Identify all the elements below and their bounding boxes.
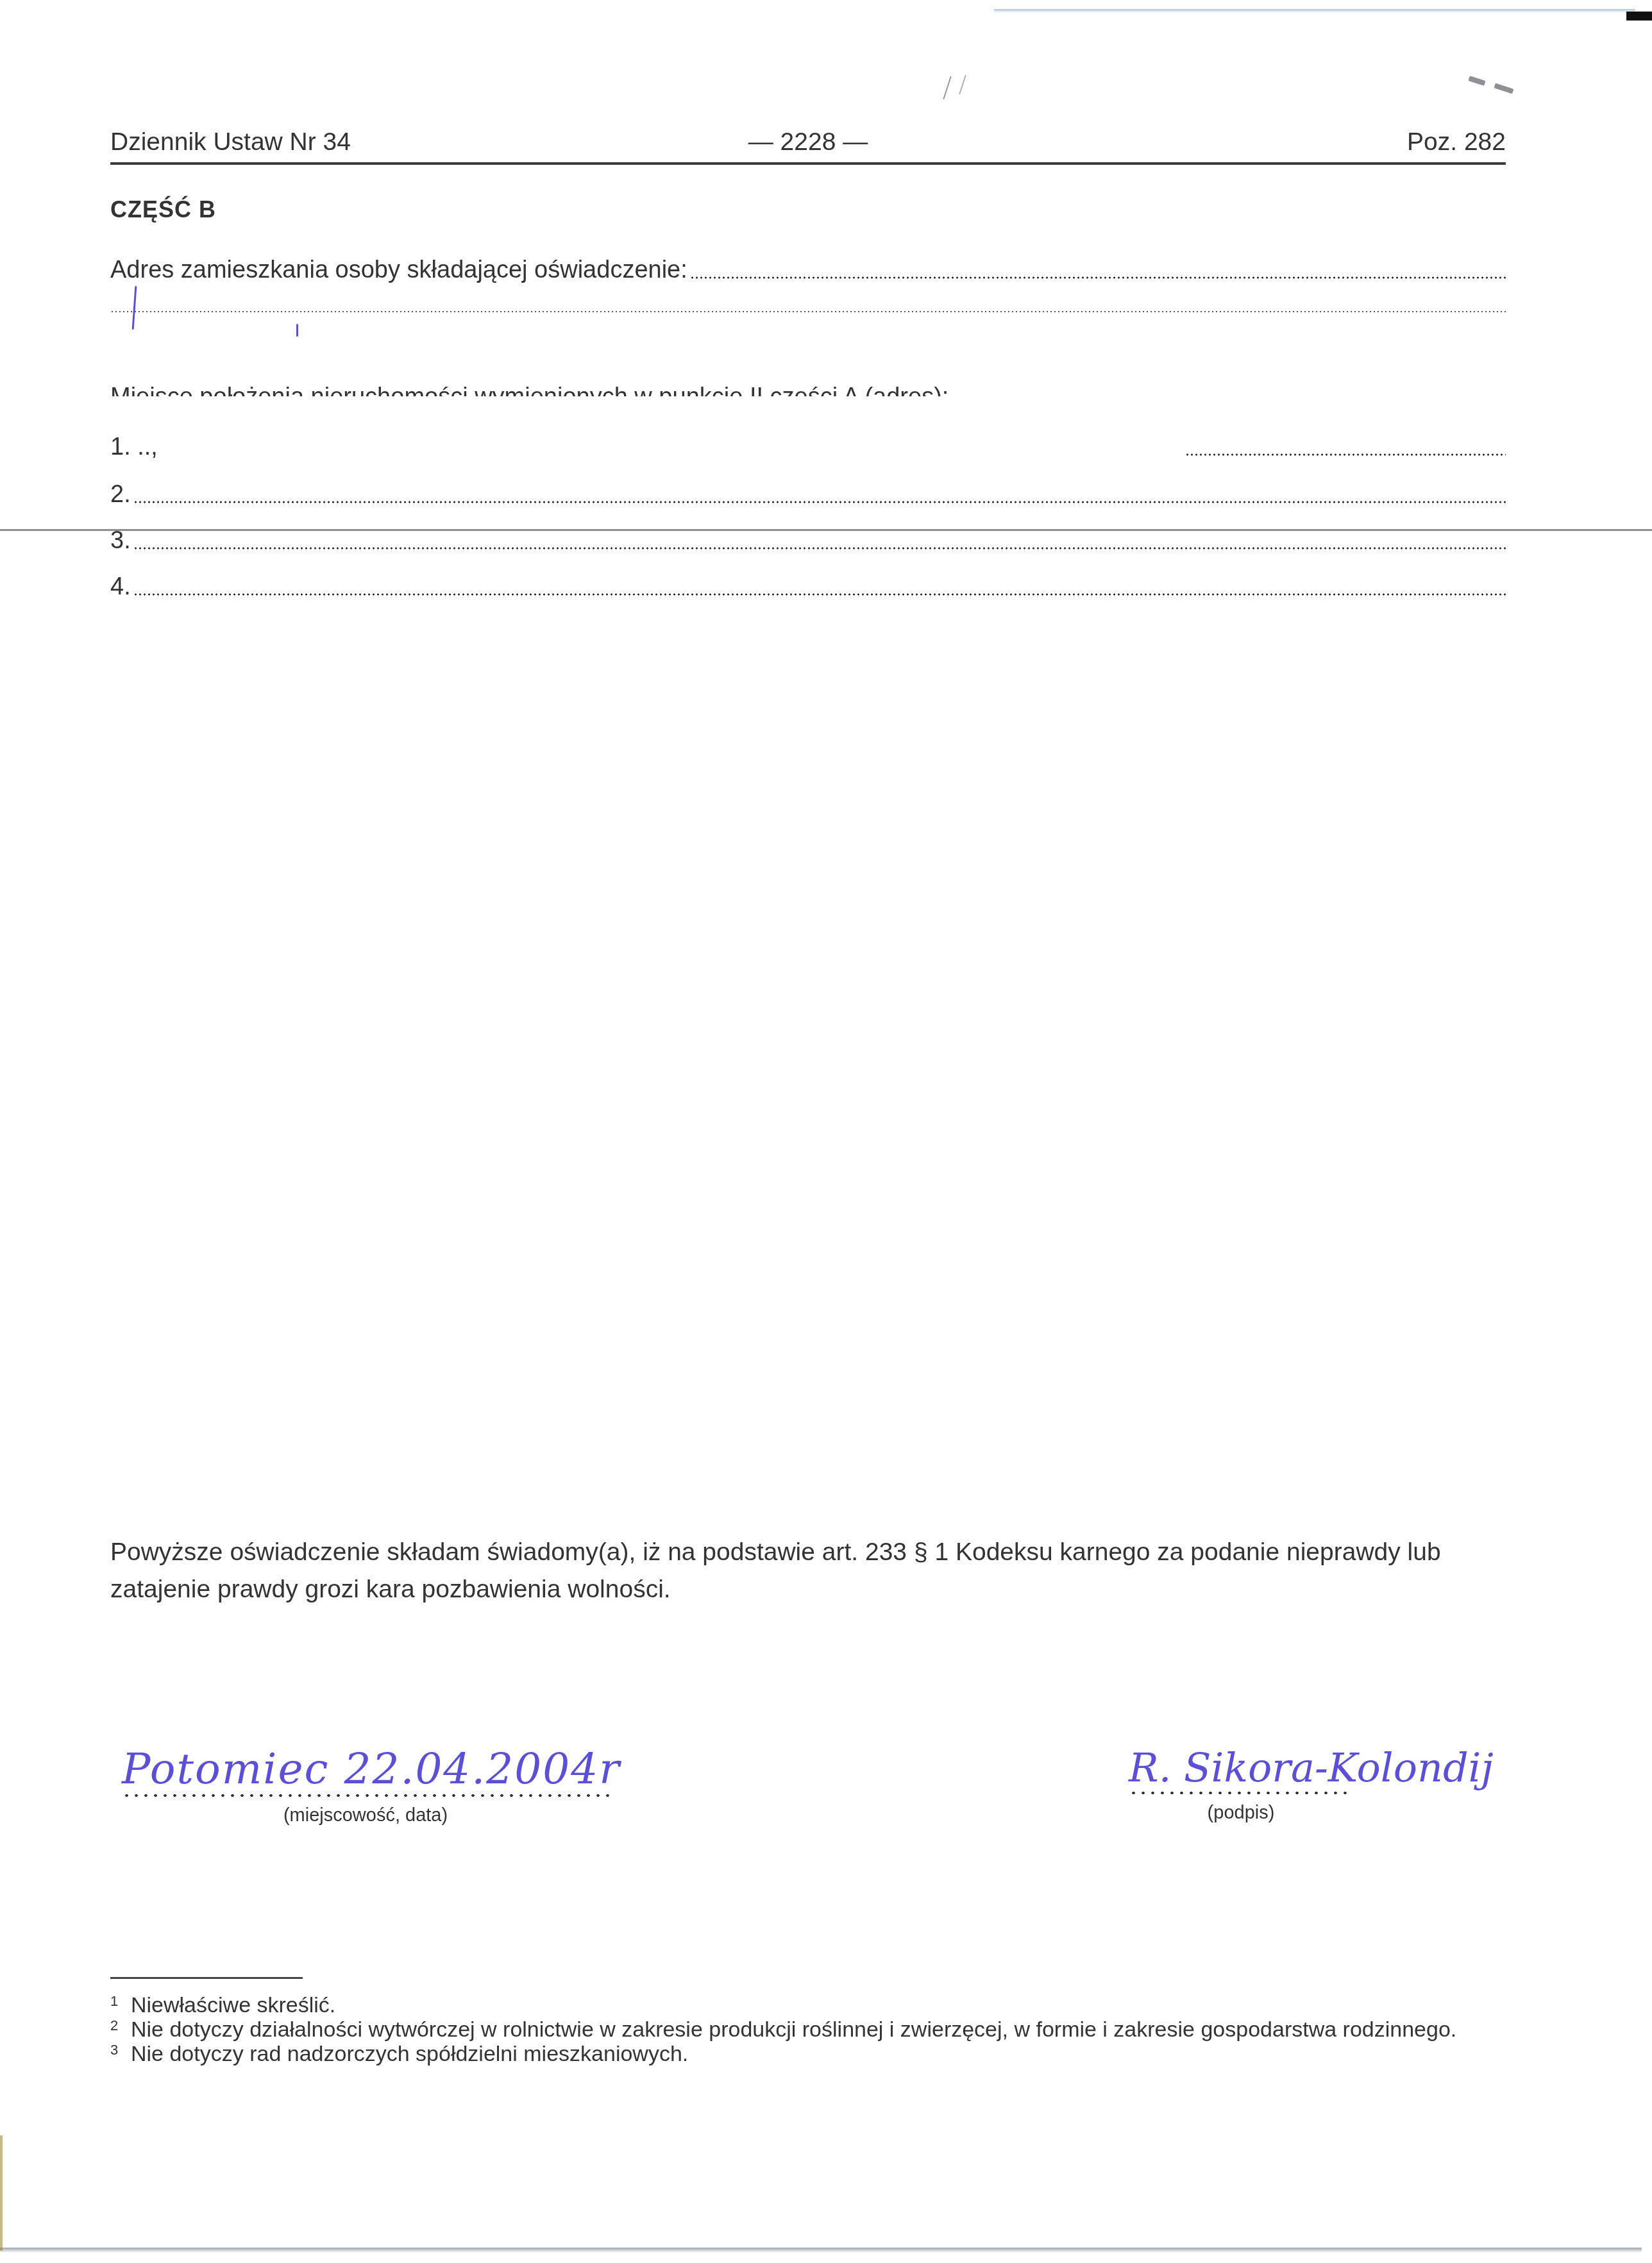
- signature-block: R. Sikora-Kolondij (podpis): [1129, 1744, 1353, 1824]
- footnotes: 1 Niewłaściwe skreślić. 2 Nie dotyczy dz…: [110, 1993, 1506, 2066]
- place-date-block: Potomiec 22.04.2004r (miejscowość, data): [122, 1744, 609, 1826]
- section-title: CZĘŚĆ B: [110, 196, 216, 223]
- dotted-fill-line: [110, 310, 1506, 313]
- footnote-marker: 2: [110, 2014, 118, 2038]
- footnote-3: 3 Nie dotyczy rad nadzorczych spółdzieln…: [110, 2042, 1506, 2066]
- footnote-marker: 3: [110, 2038, 118, 2062]
- place-date-handwriting: Potomiec 22.04.2004r: [122, 1744, 609, 1794]
- dotted-fill-line: [133, 593, 1506, 596]
- staple-mark: [1468, 76, 1485, 86]
- dotted-fill-line: [133, 547, 1506, 550]
- property-location-4[interactable]: 4.: [110, 573, 1506, 601]
- page-number: — 2228 —: [110, 128, 1506, 156]
- property-location-1[interactable]: 1. ..,: [110, 433, 1506, 461]
- redaction-strip: [103, 396, 1513, 418]
- position-number: Poz. 282: [1407, 128, 1506, 156]
- pencil-mark: [959, 74, 966, 94]
- property-location-2[interactable]: 2.: [110, 481, 1506, 509]
- handwriting-fragment: [132, 286, 137, 330]
- footnote-2: 2 Nie dotyczy działalności wytwórczej w …: [110, 2017, 1506, 2042]
- property-location-number: 1. ..,: [110, 433, 158, 461]
- handwriting-fragment: [296, 324, 298, 337]
- running-header: Dziennik Ustaw Nr 34 — 2228 — Poz. 282: [110, 128, 1506, 162]
- signature-caption: (podpis): [1129, 1803, 1353, 1824]
- property-location-number: 2.: [110, 481, 131, 509]
- footnote-1: 1 Niewłaściwe skreślić.: [110, 1993, 1506, 2017]
- dotted-fill-line: [133, 501, 1506, 503]
- dotted-signature-line: [122, 1794, 609, 1797]
- pencil-mark: [943, 76, 952, 100]
- footnote-text: Nie dotyczy działalności wytwórczej w ro…: [131, 2017, 1456, 2042]
- footnote-text: Nie dotyczy rad nadzorczych spółdzielni …: [131, 2042, 688, 2066]
- address-label: Adres zamieszkania osoby składającej ośw…: [110, 257, 687, 284]
- address-field[interactable]: Adres zamieszkania osoby składającej ośw…: [110, 257, 1506, 284]
- signature-handwriting: R. Sikora-Kolondij: [1129, 1744, 1353, 1791]
- staple-mark: [1494, 83, 1513, 94]
- footnote-marker: 1: [110, 1989, 118, 2014]
- header-rule: [110, 162, 1506, 165]
- legal-statement: Powyższe oświadczenie składam świadomy(a…: [110, 1534, 1506, 1608]
- property-location-3[interactable]: 3.: [110, 527, 1506, 555]
- footnote-rule: [110, 1977, 303, 1979]
- property-location-number: 3.: [110, 527, 131, 555]
- scan-edge-top: [994, 9, 1635, 13]
- dotted-fill-line: [1185, 453, 1506, 456]
- property-location-number: 4.: [110, 573, 131, 601]
- dotted-signature-line: [1129, 1791, 1353, 1795]
- address-field-line2[interactable]: [110, 310, 1506, 318]
- scan-edge-right: [1626, 12, 1652, 21]
- scan-edge-left: [0, 2135, 3, 2251]
- scan-edge-bottom: [0, 2248, 1642, 2253]
- footnote-text: Niewłaściwe skreślić.: [131, 1993, 335, 2017]
- dotted-fill-line: [690, 276, 1506, 279]
- place-date-caption: (miejscowość, data): [122, 1805, 609, 1826]
